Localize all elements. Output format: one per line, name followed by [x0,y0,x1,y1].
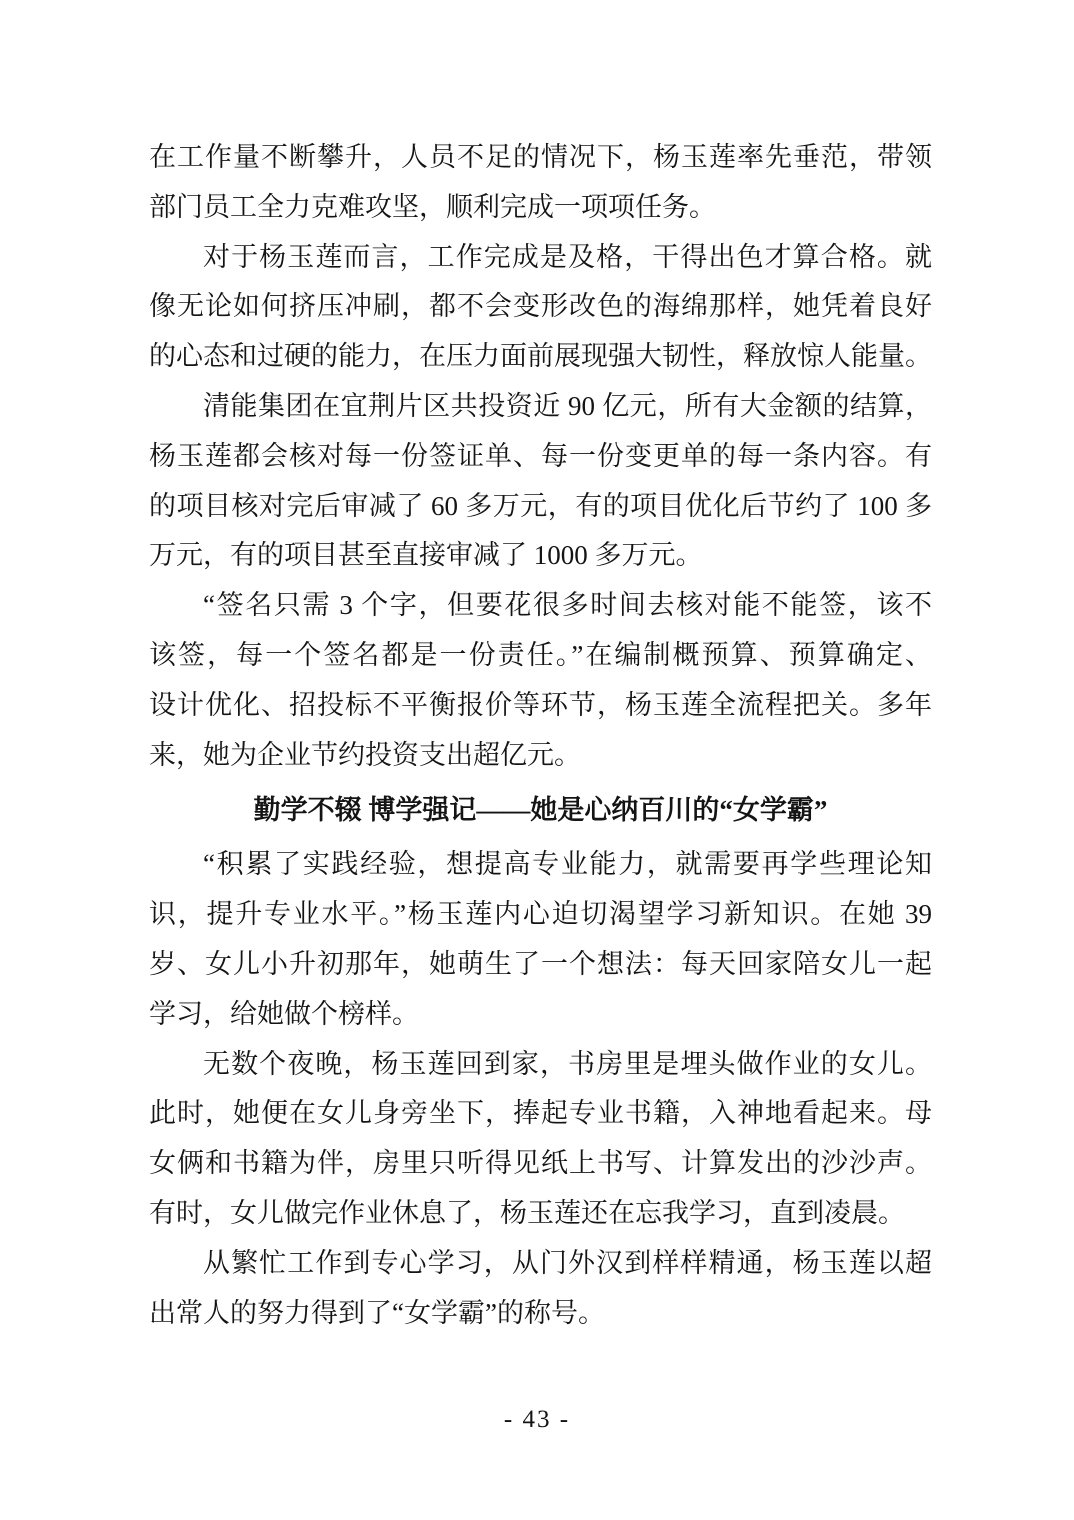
text-line: 有时，女儿做完作业休息了，杨玉莲还在忘我学习，直到凌晨。 [149,1189,932,1239]
text-line: 出常人的努力得到了“女学霸”的称号。 [149,1289,932,1339]
text-line: 该签，每一个签名都是一份责任。”在编制概预算、预算确定、 [149,631,932,681]
text-line: 学习，给她做个榜样。 [149,990,932,1040]
text-line: 设计优化、招投标不平衡报价等环节，杨玉莲全流程把关。多年 [149,681,932,731]
text-line: 在工作量不断攀升，人员不足的情况下，杨玉莲率先垂范，带领 [149,133,932,183]
page-number: - 43 - [0,1406,1074,1434]
text-line: 对于杨玉莲而言，工作完成是及格，干得出色才算合格。就 [149,233,932,283]
text-line: 部门员工全力克难攻坚，顺利完成一项项任务。 [149,183,932,233]
text-line: 无数个夜晚，杨玉莲回到家，书房里是埋头做作业的女儿。 [149,1040,932,1090]
text-line: 万元，有的项目甚至直接审减了 1000 多万元。 [149,531,932,581]
text-line: 像无论如何挤压冲刷，都不会变形改色的海绵那样，她凭着良好 [149,282,932,332]
text-line: 女俩和书籍为伴，房里只听得见纸上书写、计算发出的沙沙声。 [149,1139,932,1189]
text-line: 岁、女儿小升初那年，她萌生了一个想法：每天回家陪女儿一起 [149,940,932,990]
text-line: “积累了实践经验，想提高专业能力，就需要再学些理论知 [149,840,932,890]
text-line: 识，提升专业水平。”杨玉莲内心迫切渴望学习新知识。在她 39 [149,890,932,940]
text-line: “签名只需 3 个字，但要花很多时间去核对能不能签，该不 [149,581,932,631]
text-line: 来，她为企业节约投资支出超亿元。 [149,731,932,781]
text-line: 从繁忙工作到专心学习，从门外汉到样样精通，杨玉莲以超 [149,1239,932,1289]
text-line: 此时，她便在女儿身旁坐下，捧起专业书籍，入神地看起来。母 [149,1089,932,1139]
document-page: 在工作量不断攀升，人员不足的情况下，杨玉莲率先垂范，带领部门员工全力克难攻坚，顺… [0,0,1074,1520]
text-line: 的心态和过硬的能力，在压力面前展现强大韧性，释放惊人能量。 [149,332,932,382]
section-heading: 勤学不辍 博学强记——她是心纳百川的“女学霸” [149,780,932,840]
text-line: 清能集团在宜荆片区共投资近 90 亿元，所有大金额的结算， [149,382,932,432]
text-line: 杨玉莲都会核对每一份签证单、每一份变更单的每一条内容。有 [149,432,932,482]
text-block: 在工作量不断攀升，人员不足的情况下，杨玉莲率先垂范，带领部门员工全力克难攻坚，顺… [149,133,932,1338]
text-line: 的项目核对完后审减了 60 多万元，有的项目优化后节约了 100 多 [149,482,932,532]
